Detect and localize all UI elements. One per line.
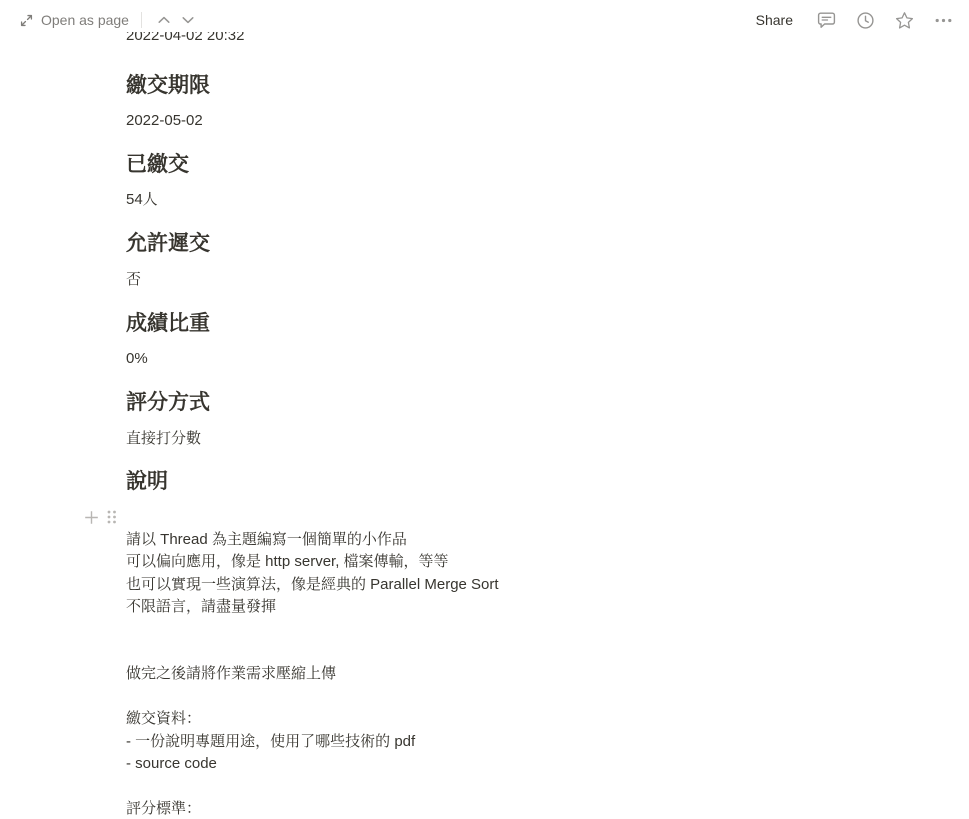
clock-icon (855, 10, 876, 31)
description-line (126, 619, 929, 641)
property-label-submitted: 已繳交 (126, 152, 929, 178)
chevron-up-icon (156, 12, 172, 28)
toolbar-divider (141, 12, 142, 28)
property-value-grade-weight: 0% (126, 348, 929, 369)
open-as-page-label: Open as page (41, 12, 129, 28)
description-line: 也可以實現一些演算法，像是經典的 Parallel Merge Sort (126, 574, 929, 596)
comments-button[interactable] (814, 8, 838, 32)
description-block[interactable]: 請以 Thread 為主題編寫一個簡單的小作品 可以偏向應用，像是 http s… (126, 529, 929, 819)
more-button[interactable] (931, 8, 955, 32)
previous-page-button[interactable] (152, 8, 176, 32)
description-line (126, 641, 929, 663)
expand-icon (20, 14, 33, 27)
description-line: - 一份說明專題用途，使用了哪些技術的 pdf (126, 731, 929, 753)
favorite-button[interactable] (892, 8, 916, 32)
description-line: 繳交資料： (126, 708, 929, 730)
page-body: 2022-04-02 20:32 繳交期限 2022-05-02 已繳交 54人… (0, 0, 969, 819)
ellipsis-icon (933, 10, 954, 31)
property-value-submitted: 54人 (126, 189, 929, 210)
property-value-deadline: 2022-05-02 (126, 110, 929, 131)
next-page-button[interactable] (176, 8, 200, 32)
property-label-deadline: 繳交期限 (126, 73, 929, 99)
description-line: 可以偏向應用，像是 http server, 檔案傳輸，等等 (126, 551, 929, 573)
share-button[interactable]: Share (750, 10, 799, 30)
property-label-grade-weight: 成績比重 (126, 311, 929, 337)
description-line (126, 775, 929, 797)
toolbar: Open as page Share (0, 0, 969, 32)
description-line: 不限語言，請盡量發揮 (126, 596, 929, 618)
property-label-description: 說明 (126, 469, 929, 495)
property-label-grading-method: 評分方式 (126, 390, 929, 416)
updates-button[interactable] (853, 8, 877, 32)
comment-icon (816, 10, 837, 31)
description-line: 請以 Thread 為主題編寫一個簡單的小作品 (126, 529, 929, 551)
property-value-allow-late: 否 (126, 269, 929, 290)
description-line (126, 686, 929, 708)
description-line: - source code (126, 753, 929, 775)
chevron-down-icon (180, 12, 196, 28)
star-icon (894, 10, 915, 31)
description-line: 做完之後請將作業需求壓縮上傳 (126, 663, 929, 685)
description-line: 評分標準： (126, 798, 929, 819)
open-as-page-button[interactable]: Open as page (16, 10, 133, 30)
property-value-grading-method: 直接打分數 (126, 428, 929, 449)
property-label-allow-late: 允許遲交 (126, 231, 929, 257)
